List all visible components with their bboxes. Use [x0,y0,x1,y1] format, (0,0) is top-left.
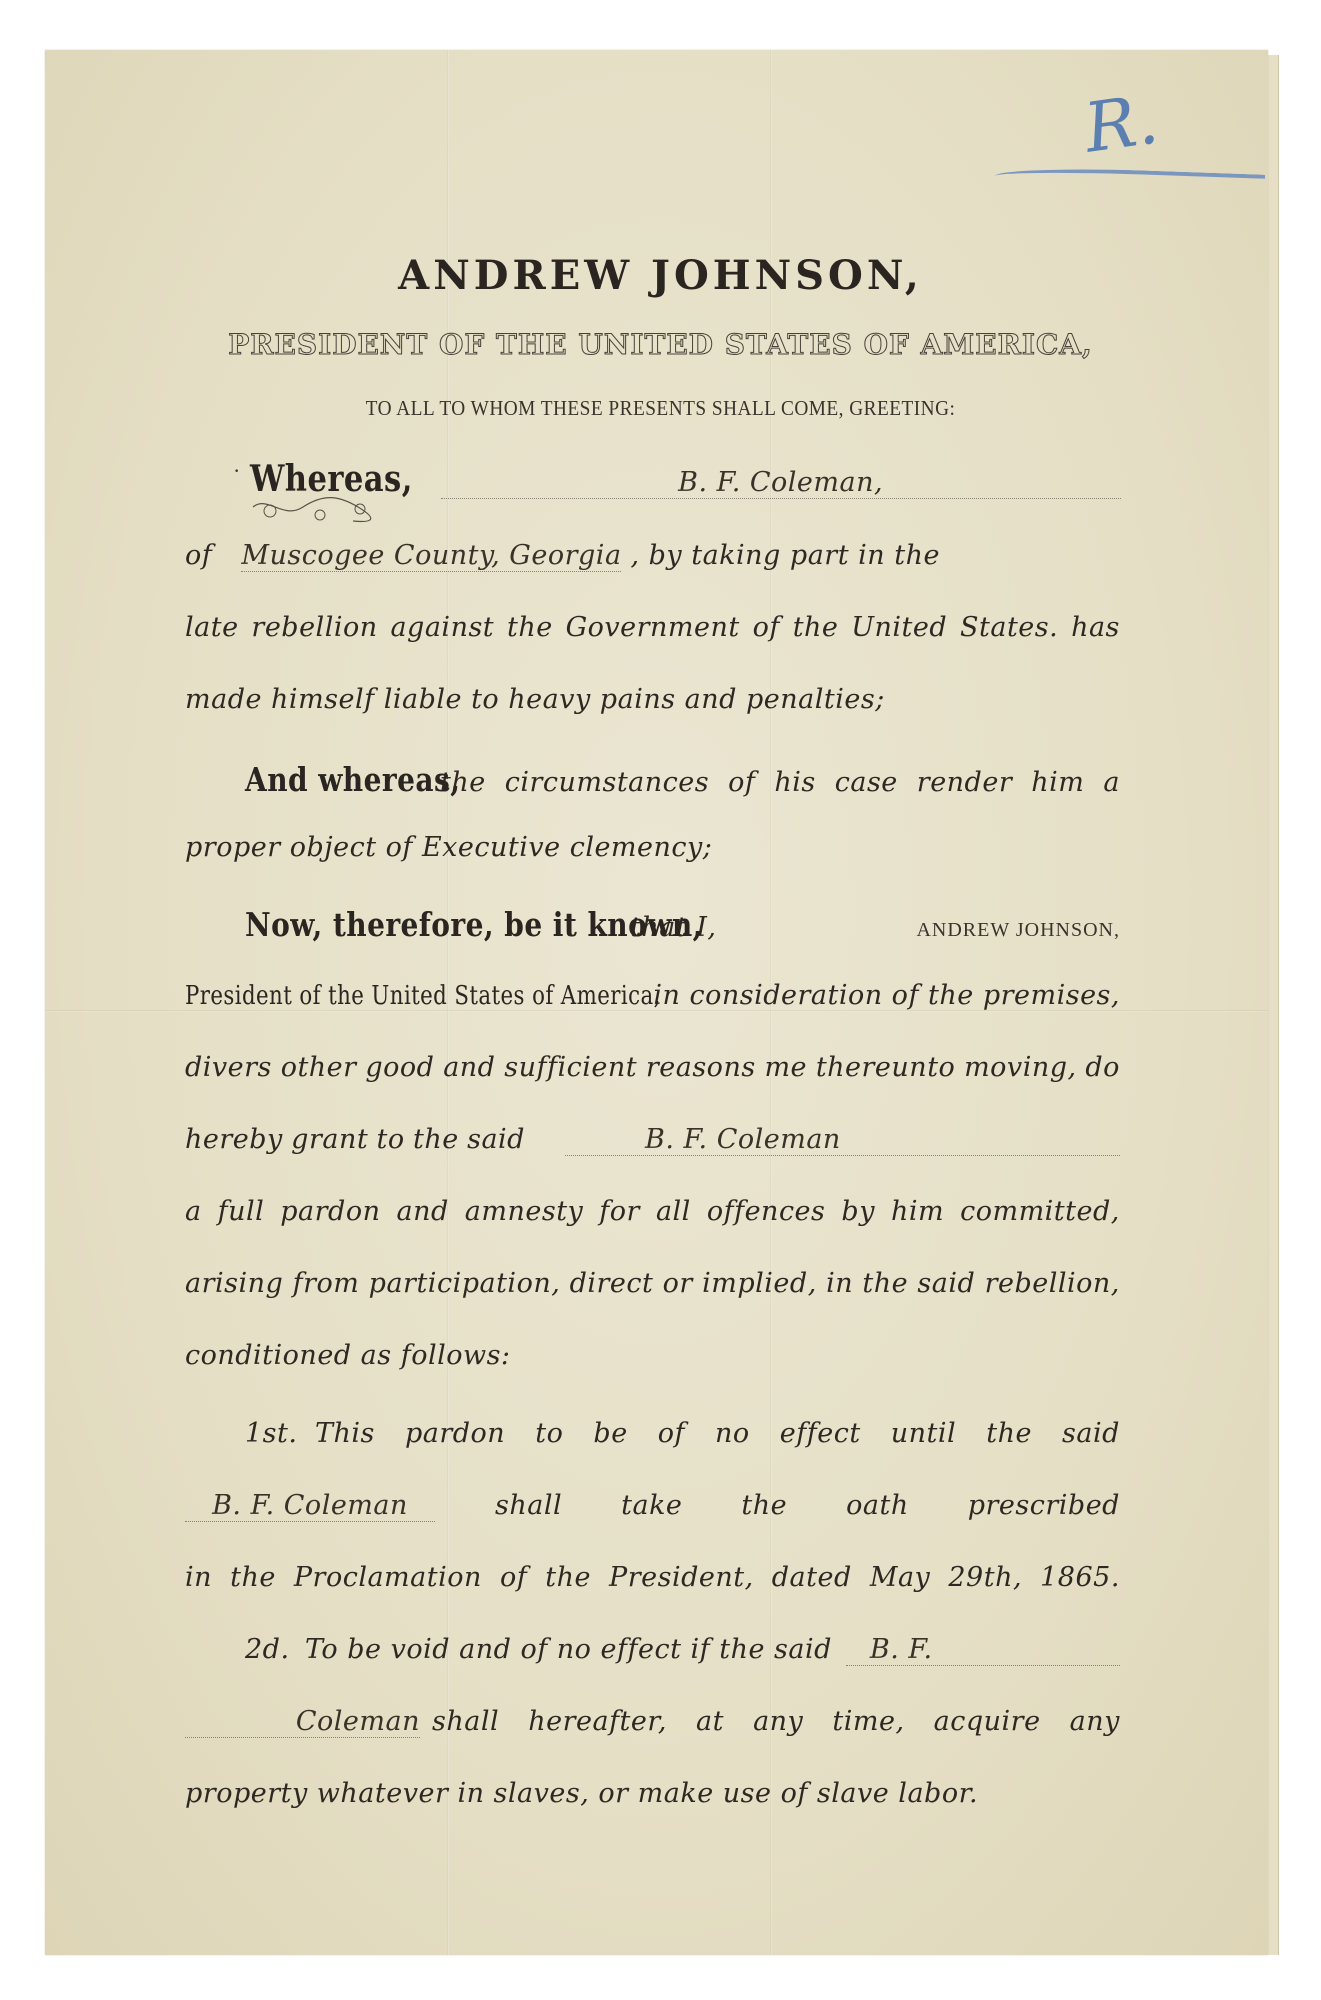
word: the [741,1490,787,1521]
whereas-location-line: of Muscogee County, Georgia , by taking … [185,540,1120,572]
word: Proclamation [294,1562,482,1593]
word: at [696,1706,724,1737]
word: said [1062,1418,1120,1449]
word: until [891,1418,956,1449]
flourish-ornament-icon [248,495,378,527]
word: and [443,1052,495,1083]
text-line: a full pardon and amnesty for all offenc… [185,1196,1120,1227]
word: me [764,1052,807,1083]
text-segment: To be void and of no effect if the said [305,1634,832,1665]
word: late [185,612,239,643]
word: the [230,1562,276,1593]
word: offences [707,1196,826,1227]
text-line: President of the United States of Americ… [185,980,1120,1011]
text-line: conditioned as follows: [185,1340,1120,1371]
word: by [841,1196,875,1227]
word: any [1070,1706,1120,1737]
president-title-gothic: President of the United States of Americ… [185,981,550,1011]
word: said [917,1268,975,1299]
filled-name-field: B. F. Coleman [185,1490,435,1522]
of-label: of [185,540,212,571]
word: in [185,1562,212,1593]
whereas-heading: Whereas, [250,458,413,500]
word: him [891,1196,944,1227]
word: participation, [369,1268,561,1299]
word: other [281,1052,357,1083]
now-therefore-heading: Now, therefore, be it known, [245,905,564,944]
word: of [753,612,780,643]
word: 29th, [948,1562,1022,1593]
word: a [185,1196,202,1227]
greeting-line: TO ALL TO WHOM THESE PRESENTS SHALL COME… [53,396,1268,421]
word: reasons [646,1052,756,1083]
word: the [413,1124,459,1155]
word: be [593,1418,627,1449]
word: grant [291,1124,368,1155]
word: shall [495,1490,562,1521]
word: President, [609,1562,754,1593]
now-therefore-line: Now, therefore, be it known, that I, AND… [245,905,1120,944]
word: or [663,1268,693,1299]
word: thereunto [816,1052,956,1083]
filled-name-field: B. F. Coleman, [441,467,1121,499]
text-line: proper object of Executive clemency; [185,832,1120,863]
word: his [774,767,815,798]
word: good [365,1052,434,1083]
text-line: Coleman shall hereafter, at any time, ac… [185,1706,1120,1738]
word: effect [780,1418,861,1449]
condition-1-line: 1st. This pardon to be of no effect unti… [245,1418,1120,1449]
word: the [986,1418,1032,1449]
word: This [315,1418,375,1449]
word: no [715,1418,750,1449]
word: said [467,1124,525,1155]
president-name-caps: ANDREW JOHNSON, [916,919,1120,942]
word: full [218,1196,265,1227]
word: to [535,1418,563,1449]
text-line: made himself liable to heavy pains and p… [185,684,1120,715]
condition-number: 1st. [245,1418,315,1449]
text-line: arising from participation, direct or im… [185,1268,1120,1299]
word: prescribed [968,1490,1120,1521]
and-whereas-heading: And whereas, [245,760,411,799]
word: of [658,1418,685,1449]
word: all [656,1196,691,1227]
word: the [545,1562,591,1593]
word: amnesty [465,1196,584,1227]
word: pardon [280,1196,380,1227]
word: against [390,612,494,643]
word: direct [570,1268,654,1299]
word: May [870,1562,931,1593]
word: and [396,1196,448,1227]
document-title: ANDREW JOHNSON, [0,252,1321,299]
word: him [1031,767,1084,798]
word: shall [432,1706,499,1737]
word: dated [772,1562,852,1593]
whereas-line: Whereas, B. F. Coleman, [250,458,1120,500]
text-line: in the Proclamation of the President, da… [185,1562,1120,1593]
word: Government [566,612,740,643]
word: the [793,612,839,643]
word: of [500,1562,527,1593]
word: 1865. [1040,1562,1120,1593]
word: any [753,1706,803,1737]
word: United [851,612,947,643]
filled-name-field: Coleman [185,1706,420,1738]
text-line: property whatever in slaves, or make use… [185,1778,1120,1809]
text-segment: , by taking part in the [630,540,940,571]
text-line: late rebellion against the Government of… [185,612,1120,643]
word: pardon [405,1418,505,1449]
ink-dot: · [233,458,240,484]
word: arising [185,1268,283,1299]
word: hereafter, [528,1706,667,1737]
word: from [293,1268,360,1299]
word: to [377,1124,405,1155]
word: divers [185,1052,272,1083]
word: committed, [960,1196,1120,1227]
word: take [621,1490,682,1521]
word: circumstances [505,767,709,798]
filled-name-field: B. F. [846,1634,1120,1666]
word: hereby [185,1124,283,1155]
word: implied, [702,1268,817,1299]
word: the [862,1268,908,1299]
word: for [599,1196,640,1227]
word: of [728,767,755,798]
word: the [507,612,553,643]
word: in [826,1268,853,1299]
word: has [1071,612,1120,643]
word: do [1085,1052,1120,1083]
text-line: divers other good and sufficient reasons… [185,1052,1120,1083]
word: case [835,767,898,798]
text-segment: in consideration of the premises, [653,980,1120,1011]
condition-number: 2d. [245,1634,305,1665]
and-whereas-line: And whereas, the circumstances of his ca… [245,760,1120,799]
condition-2-line: 2d. To be void and of no effect if the s… [245,1634,1120,1666]
word: acquire [934,1706,1041,1737]
filled-location-field: Muscogee County, Georgia [241,540,621,572]
word: sufficient [504,1052,637,1083]
filled-grantee-field: B. F. Coleman [565,1124,1120,1156]
word: rebellion, [985,1268,1120,1299]
pencil-annotation: R. [1080,80,1163,168]
document-subtitle: PRESIDENT OF THE UNITED STATES OF AMERIC… [0,328,1321,361]
word: oath [846,1490,909,1521]
word: render [917,767,1012,798]
word: moving, [964,1052,1077,1083]
text-line: B. F. Coleman shall take the oath prescr… [185,1490,1120,1522]
text-line: hereby grant to the said B. F. Coleman [185,1124,1120,1156]
word: a [1103,767,1120,798]
word: States. [960,612,1058,643]
word: rebellion [251,612,377,643]
word: time, [832,1706,904,1737]
